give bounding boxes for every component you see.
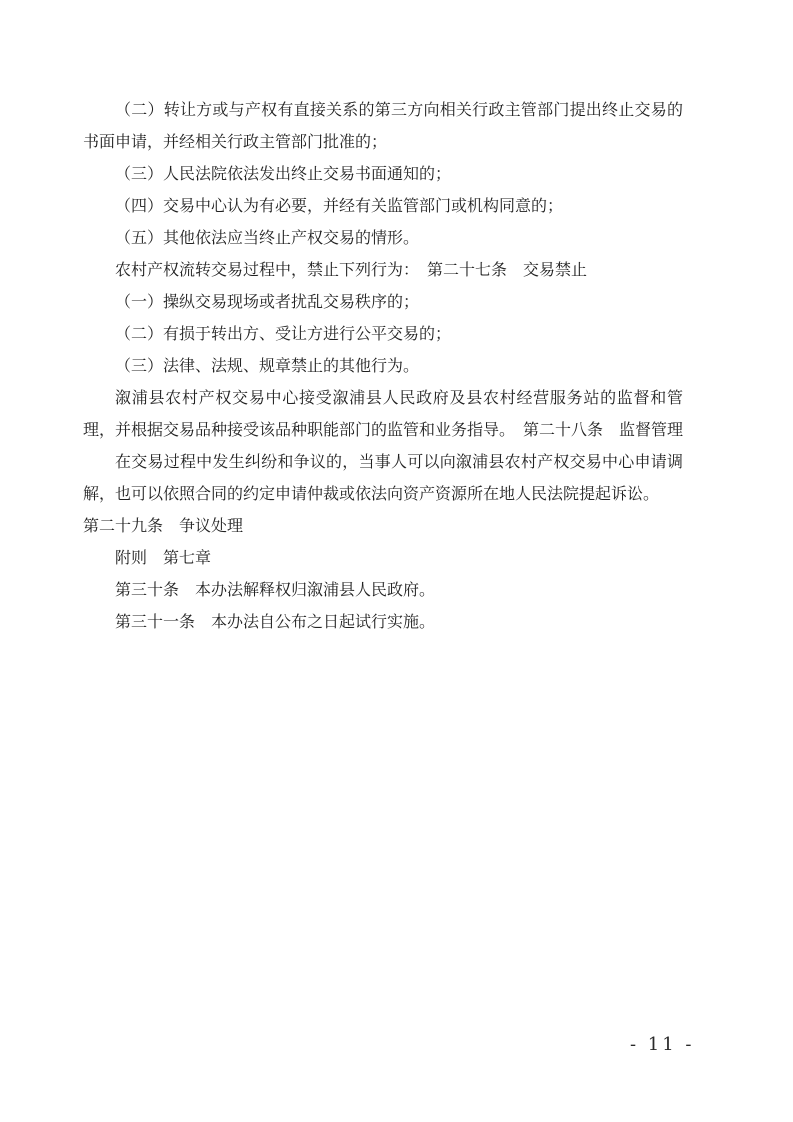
article-31-effective-date: 第三十一条 本办法自公布之日起试行实施。 bbox=[83, 606, 683, 638]
article-28-supervision-management: 溆浦县农村产权交易中心接受溆浦县人民政府及县农村经营服务站的监督和管理，并根据交… bbox=[83, 382, 683, 446]
document-page: （二）转让方或与产权有直接关系的第三方向相关行政主管部门提出终止交易的书面申请，… bbox=[0, 0, 793, 1122]
clause-item-3-court-notice: （三）人民法院依法发出终止交易书面通知的； bbox=[83, 158, 683, 190]
article-27-trading-prohibitions: 农村产权流转交易过程中，禁止下列行为： 第二十七条 交易禁止 bbox=[83, 254, 683, 286]
page-number: - 11 - bbox=[630, 1034, 695, 1055]
prohibited-item-1-manipulation: （一）操纵交易现场或者扰乱交易秩序的； bbox=[83, 286, 683, 318]
chapter-7-supplementary-heading: 附则 第七章 bbox=[83, 542, 683, 574]
article-29-dispute-text: 在交易过程中发生纠纷和争议的，当事人可以向溆浦县农村产权交易中心申请调解，也可以… bbox=[83, 446, 683, 510]
prohibited-item-2-unfair-trading: （二）有损于转出方、受让方进行公平交易的； bbox=[83, 318, 683, 350]
clause-item-5-other-circumstances: （五）其他依法应当终止产权交易的情形。 bbox=[83, 222, 683, 254]
article-29-dispute-heading: 第二十九条 争议处理 bbox=[83, 510, 683, 542]
prohibited-item-3-other-acts: （三）法律、法规、规章禁止的其他行为。 bbox=[83, 350, 683, 382]
document-body: （二）转让方或与产权有直接关系的第三方向相关行政主管部门提出终止交易的书面申请，… bbox=[83, 94, 683, 638]
article-30-interpretation-right: 第三十条 本办法解释权归溆浦县人民政府。 bbox=[83, 574, 683, 606]
clause-item-4-center-deems-necessary: （四）交易中心认为有必要，并经有关监管部门或机构同意的； bbox=[83, 190, 683, 222]
clause-item-2-termination-application: （二）转让方或与产权有直接关系的第三方向相关行政主管部门提出终止交易的书面申请，… bbox=[83, 94, 683, 158]
